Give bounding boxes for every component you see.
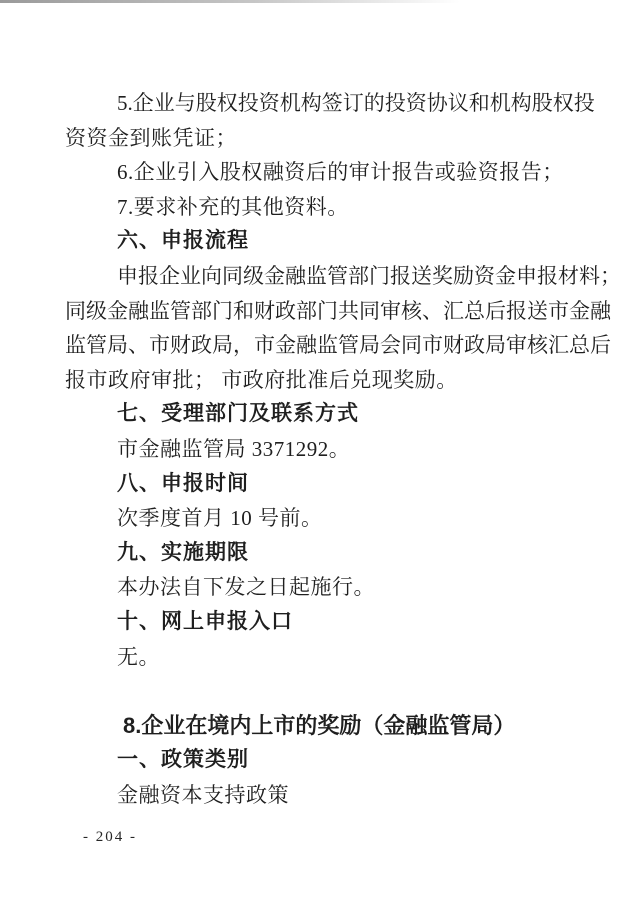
text-line: 监管局、市财政局，市金融监管局会同市财政局审核汇总后 <box>65 328 580 363</box>
section-heading: 八、申报时间 <box>65 467 580 502</box>
text-line: 报市政府审批； 市政府批准后兑现奖励。 <box>65 363 580 398</box>
text-line: 次季度首月 10 号前。 <box>65 501 580 536</box>
scan-edge-shadow <box>0 0 460 3</box>
text-line: 市金融监管局 3371292。 <box>65 432 580 467</box>
text-line: 7.要求补充的其他资料。 <box>65 190 580 225</box>
document-page: 5.企业与股权投资机构签订的投资协议和机构股权投资资金到账凭证；6.企业引入股权… <box>0 0 642 907</box>
section-heading: 六、申报流程 <box>65 224 580 259</box>
document-content: 5.企业与股权投资机构签订的投资协议和机构股权投资资金到账凭证；6.企业引入股权… <box>65 86 580 812</box>
section-heading: 十、网上申报入口 <box>65 605 580 640</box>
blank-line <box>65 674 580 709</box>
section-heading: 一、政策类别 <box>65 743 580 778</box>
text-line: 5.企业与股权投资机构签订的投资协议和机构股权投 <box>65 86 580 121</box>
text-line: 资资金到账凭证； <box>65 121 580 156</box>
text-line: 无。 <box>65 640 580 675</box>
text-line: 本办法自下发之日起施行。 <box>65 570 580 605</box>
section-heading: 九、实施期限 <box>65 536 580 571</box>
text-line: 6.企业引入股权融资后的审计报告或验资报告； <box>65 155 580 190</box>
page-number: - 204 - <box>83 829 137 846</box>
text-line: 同级金融监管部门和财政部门共同审核、汇总后报送市金融 <box>65 294 580 329</box>
text-line: 申报企业向同级金融监管部门报送奖励资金申报材料； <box>65 259 580 294</box>
chapter-title: 8.企业在境内上市的奖励（金融监管局） <box>65 709 580 744</box>
text-line: 金融资本支持政策 <box>65 778 580 813</box>
section-heading: 七、受理部门及联系方式 <box>65 397 580 432</box>
